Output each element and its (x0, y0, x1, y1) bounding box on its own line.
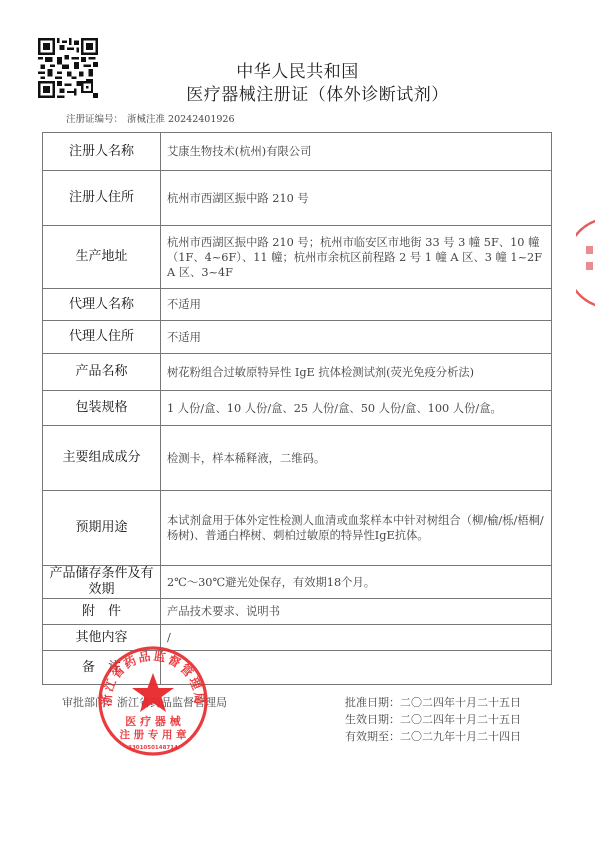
document-title-country: 中华人民共和国 (0, 57, 595, 82)
approval-date: 批准日期：二〇二四年十月二十五日 (345, 694, 521, 711)
row-label: 主要组成成分 (43, 426, 161, 491)
table-row: 注册人名称 艾康生物技术(杭州)有限公司 (43, 133, 552, 171)
row-label: 预期用途 (43, 491, 161, 566)
certificate-table: 注册人名称 艾康生物技术(杭州)有限公司 注册人住所 杭州市西湖区振中路 210… (42, 132, 552, 685)
official-seal-icon: 浙江省药品监督管理局 医 疗 器 械 注 册 专 用 章 33010501487… (97, 645, 209, 757)
row-label: 包装规格 (43, 391, 161, 426)
document-title: 医疗器械注册证（体外诊断试剂） (0, 80, 595, 105)
edge-seal-fragment-icon (576, 218, 595, 308)
table-row: 附 件 产品技术要求、说明书 (43, 599, 552, 625)
row-value: 艾康生物技术(杭州)有限公司 (161, 133, 552, 171)
table-row: 预期用途 本试剂盒用于体外定性检测人血清或血浆样本中针对树组合（柳/榆/栎/梧桐… (43, 491, 552, 566)
table-row: 代理人名称 不适用 (43, 289, 552, 321)
row-label: 生产地址 (43, 226, 161, 289)
row-value: 树花粉组合过敏原特异性 IgE 抗体检测试剂(荧光免疫分析法) (161, 354, 552, 391)
effective-date: 生效日期：二〇二四年十月二十五日 (345, 711, 521, 728)
row-value (161, 651, 552, 685)
row-value: 检测卡，样本稀释液，二维码。 (161, 426, 552, 491)
row-value: 不适用 (161, 289, 552, 321)
registration-number-label: 注册证编号： (66, 114, 123, 125)
seal-inner-line1: 医 疗 器 械 (125, 714, 181, 728)
row-label: 注册人名称 (43, 133, 161, 171)
row-label: 产品名称 (43, 354, 161, 391)
row-value: / (161, 625, 552, 651)
table-row: 产品名称 树花粉组合过敏原特异性 IgE 抗体检测试剂(荧光免疫分析法) (43, 354, 552, 391)
table-row: 主要组成成分 检测卡，样本稀释液，二维码。 (43, 426, 552, 491)
row-label: 代理人名称 (43, 289, 161, 321)
registration-number: 注册证编号：浙械注准 20242401926 (66, 111, 239, 125)
row-value: 本试剂盒用于体外定性检测人血清或血浆样本中针对树组合（柳/榆/栎/梧桐/杨树)、… (161, 491, 552, 566)
registration-number-value: 浙械注准 20242401926 (127, 114, 235, 125)
row-value: 2℃～30℃避光处保存，有效期18个月。 (161, 566, 552, 599)
seal-code: 3301050148714 (128, 745, 178, 751)
row-value: 产品技术要求、说明书 (161, 599, 552, 625)
dates-block: 批准日期：二〇二四年十月二十五日 生效日期：二〇二四年十月二十五日 有效期至：二… (345, 694, 521, 745)
row-label: 产品储存条件及有效期 (43, 566, 161, 599)
row-value: 杭州市西湖区振中路 210 号；杭州市临安区市地街 33 号 3 幢 5F、10… (161, 226, 552, 289)
table-row: 生产地址 杭州市西湖区振中路 210 号；杭州市临安区市地街 33 号 3 幢 … (43, 226, 552, 289)
table-row: 注册人住所 杭州市西湖区振中路 210 号 (43, 171, 552, 226)
row-value: 杭州市西湖区振中路 210 号 (161, 171, 552, 226)
seal-inner-line2: 注 册 专 用 章 (119, 728, 187, 741)
expiry-date: 有效期至：二〇二九年十月二十四日 (345, 728, 521, 745)
row-label: 附 件 (43, 599, 161, 625)
table-row: 包装规格 1 人份/盒、10 人份/盒、25 人份/盒、50 人份/盒、100 … (43, 391, 552, 426)
table-row: 代理人住所 不适用 (43, 321, 552, 354)
row-label: 代理人住所 (43, 321, 161, 354)
row-label: 注册人住所 (43, 171, 161, 226)
table-row: 产品储存条件及有效期 2℃～30℃避光处保存，有效期18个月。 (43, 566, 552, 599)
row-value: 不适用 (161, 321, 552, 354)
row-value: 1 人份/盒、10 人份/盒、25 人份/盒、50 人份/盒、100 人份/盒。 (161, 391, 552, 426)
